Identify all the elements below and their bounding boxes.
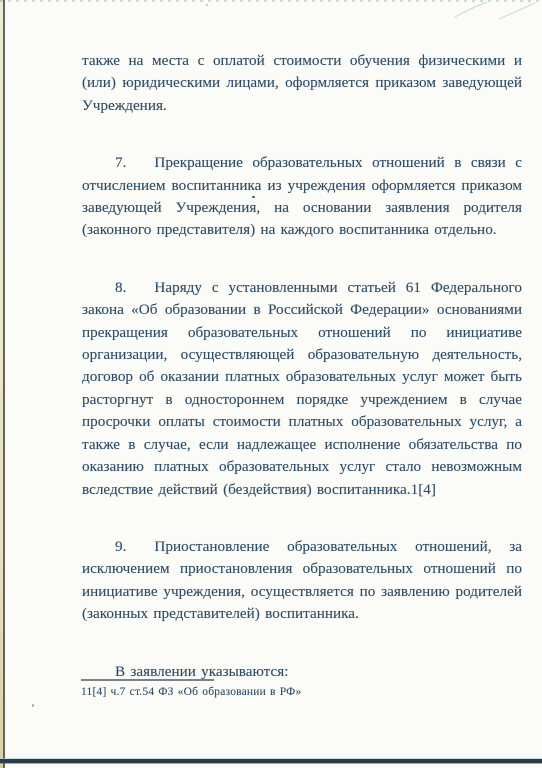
footnote-separator-rule <box>81 679 214 681</box>
paragraph-number: 7. <box>115 154 126 171</box>
footnote-text: 11[4] ч.7 ст.54 ФЗ «Об образовании в РФ» <box>81 685 301 699</box>
scan-speck <box>206 4 208 6</box>
paragraph-7: 7.Прекращение образовательных отношений … <box>82 152 522 242</box>
scan-speck <box>32 704 34 707</box>
scan-speck <box>252 196 255 198</box>
scan-edge-left-line <box>3 0 5 768</box>
paragraph-text: Приостановление образовательных отношени… <box>82 538 522 622</box>
paragraph-text: Наряду с установленными статьей 61 Федер… <box>82 279 522 498</box>
scanned-document-page: также на места с оплатой стоимости обуче… <box>0 0 542 768</box>
footnote-block: 11[4] ч.7 ст.54 ФЗ «Об образовании в РФ» <box>81 679 301 699</box>
document-body: также на места с оплатой стоимости обуче… <box>82 50 522 718</box>
scan-edge-bottom-line <box>0 758 542 765</box>
paragraph-text: Прекращение образовательных отношений в … <box>82 154 522 238</box>
paragraph-continuation: также на места с оплатой стоимости обуче… <box>82 50 522 117</box>
paragraph-number: 8. <box>115 279 126 296</box>
paragraph-text: В заявлении указываются: <box>115 663 288 680</box>
paragraph-8: 8.Наряду с установленными статьей 61 Фед… <box>82 277 522 501</box>
paragraph-text: также на места с оплатой стоимости обуче… <box>82 52 522 114</box>
pen-scribble-mark <box>447 0 542 22</box>
paragraph-9: 9.Приостановление образовательных отноше… <box>82 536 522 626</box>
paragraph-number: 9. <box>115 538 126 555</box>
